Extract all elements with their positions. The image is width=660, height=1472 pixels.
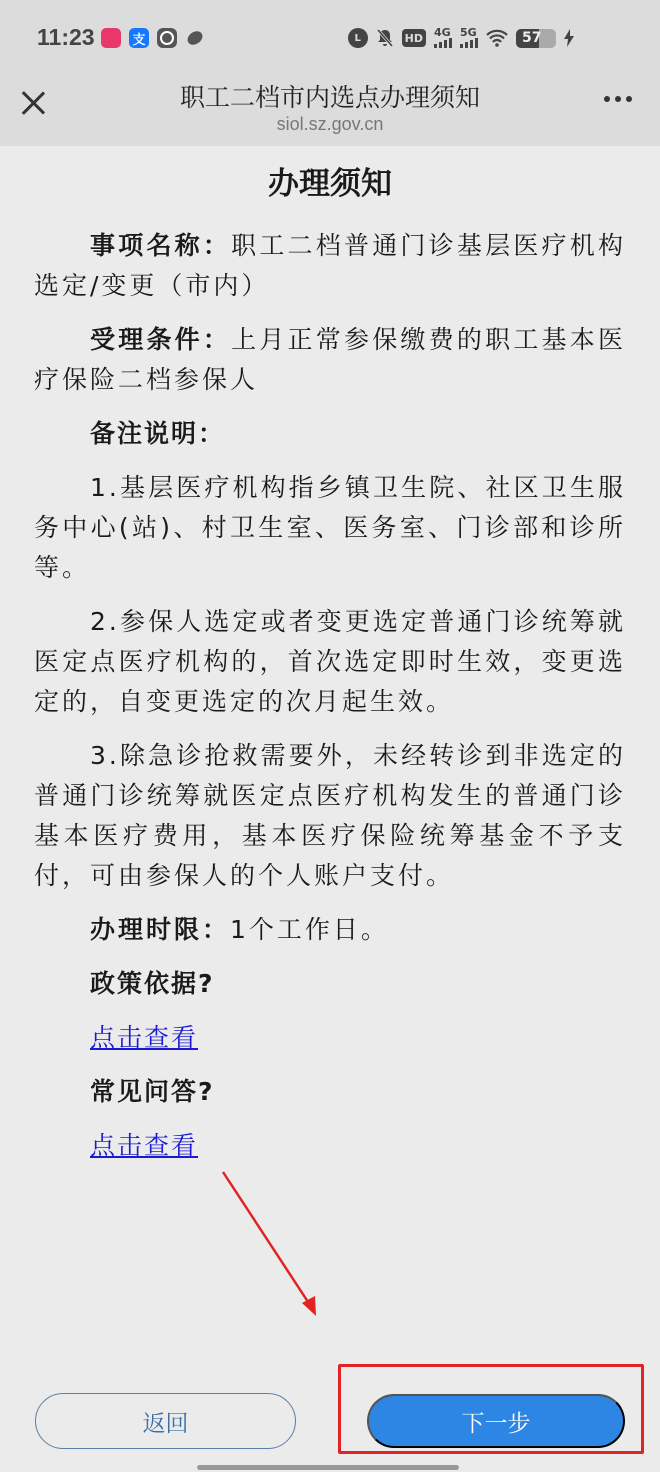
charging-icon [564, 28, 574, 48]
item-name-section: 事项名称：职工二档普通门诊基层医疗机构选定/变更（市内） [34, 226, 626, 306]
system-icons: L HD 4G 5G 57 [348, 28, 574, 48]
home-indicator[interactable] [197, 1465, 459, 1470]
page-header-domain: siol.sz.gov.cn [0, 114, 660, 135]
wifi-icon [486, 28, 508, 48]
mute-bell-icon [376, 28, 394, 48]
alarm-icon: L [348, 28, 368, 48]
battery-level: 57 [516, 30, 541, 46]
status-time: 11:23 [37, 24, 95, 51]
faq-label: 常见问答? [34, 1072, 626, 1112]
conditions-label: 受理条件： [90, 325, 231, 354]
time-limit-value: 1个工作日。 [230, 915, 389, 944]
notification-app-icons: 支 [101, 28, 205, 48]
4g-label: 4G [434, 28, 451, 38]
next-step-button[interactable]: 下一步 [367, 1394, 625, 1448]
remark-item-2: 2.参保人选定或者变更选定普通门诊统筹就医定点医疗机构的，首次选定即时生效，变更… [34, 602, 626, 722]
5g-label: 5G [460, 28, 477, 38]
remark-item-3: 3.除急诊抢救需要外，未经转诊到非选定的普通门诊统筹就医定点医疗机构发生的普通门… [34, 736, 626, 896]
notice-content: 办理须知 事项名称：职工二档普通门诊基层医疗机构选定/变更（市内） 受理条件：上… [34, 160, 626, 1180]
time-limit-section: 办理时限：1个工作日。 [34, 910, 626, 950]
policy-basis-label: 政策依据? [34, 964, 626, 1004]
remarks-label: 备注说明： [34, 414, 626, 454]
5g-signal-icon: 5G [460, 28, 478, 48]
pinduoduo-icon [101, 28, 121, 48]
alipay-icon: 支 [129, 28, 149, 48]
video-player-icon [157, 28, 177, 48]
page-title: 办理须知 [34, 160, 626, 208]
faq-link[interactable]: 点击查看 [34, 1126, 626, 1166]
page-header-title: 职工二档市内选点办理须知 [0, 78, 660, 114]
item-name-label: 事项名称： [90, 231, 231, 260]
remark-item-1: 1.基层医疗机构指乡镇卫生院、社区卫生服务中心(站)、村卫生室、医务室、门诊部和… [34, 468, 626, 588]
oval-app-icon [185, 28, 205, 48]
4g-signal-icon: 4G [434, 28, 452, 48]
policy-basis-link[interactable]: 点击查看 [34, 1018, 626, 1058]
back-button[interactable]: 返回 [35, 1393, 296, 1449]
conditions-section: 受理条件：上月正常参保缴费的职工基本医疗保险二档参保人 [34, 320, 626, 400]
battery-icon: 57 [516, 29, 556, 48]
top-bar: 11:23 支 L HD 4G 5G [0, 0, 660, 146]
faq-link-text[interactable]: 点击查看 [90, 1131, 198, 1160]
status-bar: 11:23 支 L HD 4G 5G [0, 0, 660, 76]
hd-voice-icon: HD [402, 29, 426, 47]
policy-basis-link-text[interactable]: 点击查看 [90, 1023, 198, 1052]
more-options-icon[interactable] [604, 96, 632, 102]
time-limit-label: 办理时限： [90, 915, 230, 944]
